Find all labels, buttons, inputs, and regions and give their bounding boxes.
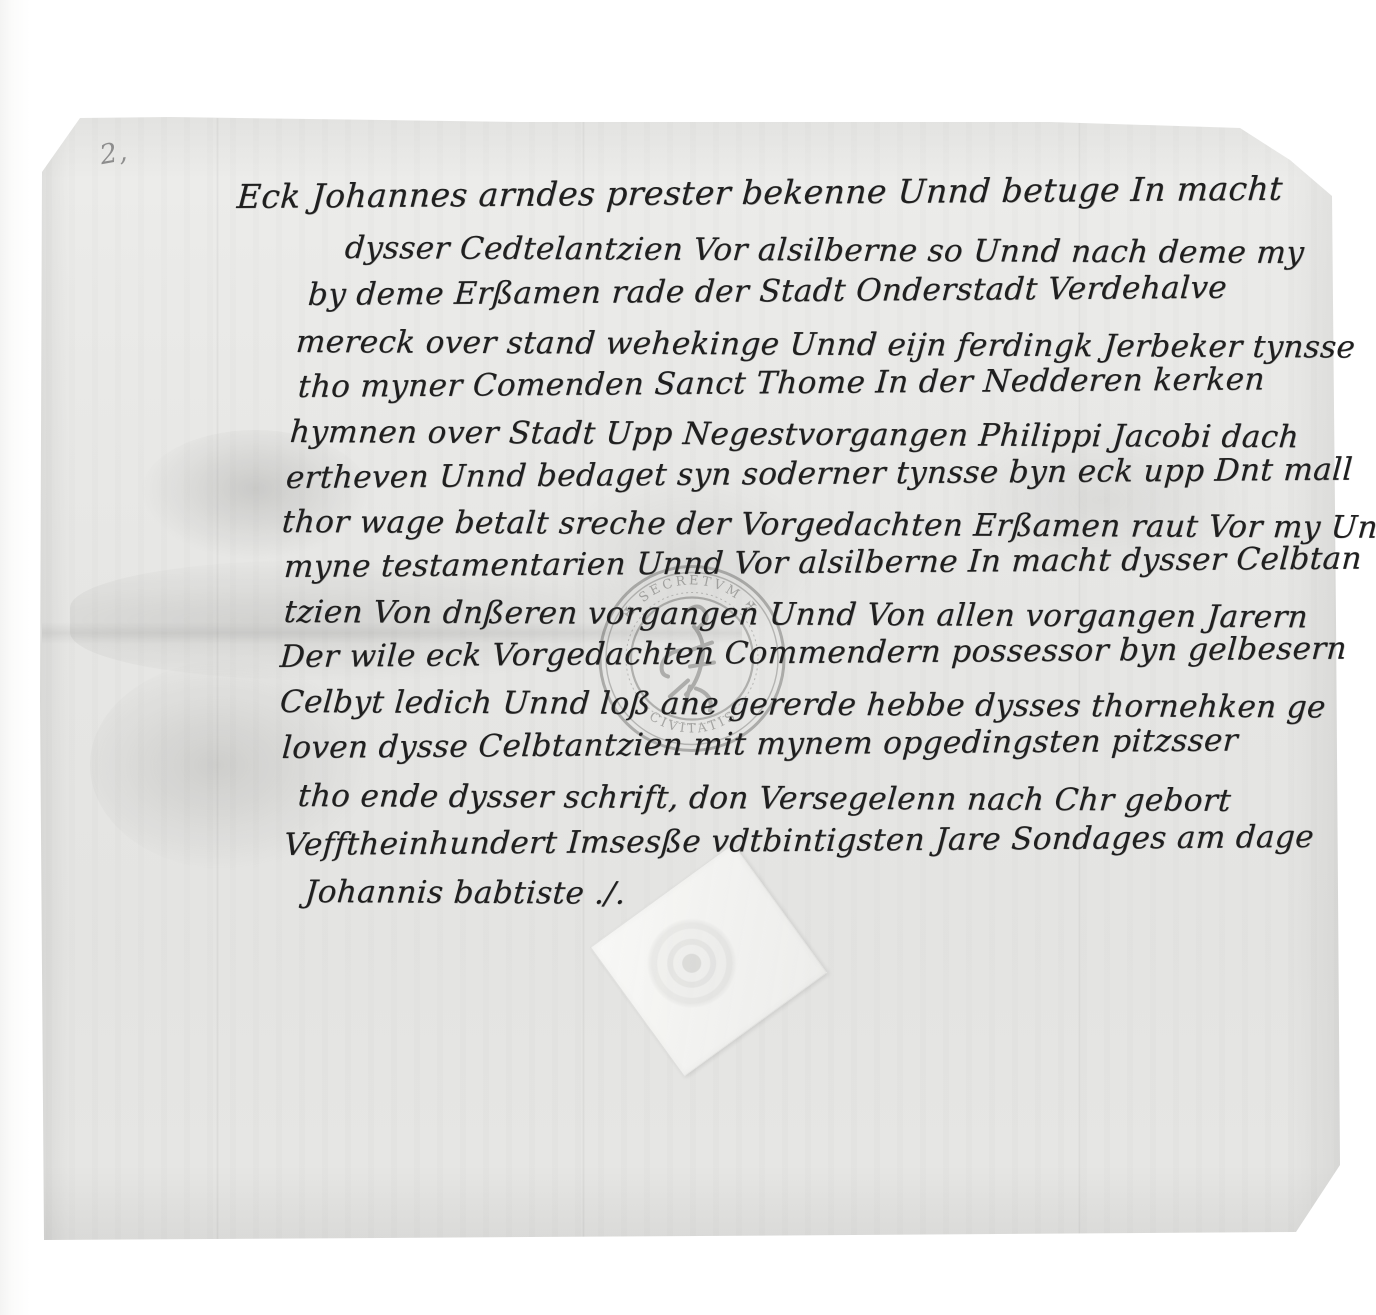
fold-crease-horizontal bbox=[42, 622, 742, 644]
water-stain bbox=[140, 430, 370, 560]
papered-wax-seal bbox=[590, 843, 827, 1076]
scanner-background-strip bbox=[0, 0, 30, 1315]
seal-impression-circle bbox=[624, 897, 766, 1040]
scanned-manuscript-page: { "document": { "archival_number": "2,",… bbox=[0, 0, 1376, 1315]
water-stain bbox=[70, 560, 690, 680]
archival-number-pencil: 2, bbox=[98, 136, 131, 171]
seal-legend-bottom: CIVITATIS bbox=[646, 708, 740, 737]
water-stain bbox=[950, 420, 1250, 580]
rampant-lion-icon bbox=[662, 607, 714, 711]
water-stain bbox=[90, 660, 370, 870]
manuscript-sheet: 2, ✠ SECRETVM ✠ CIVITATIS bbox=[0, 0, 1376, 1315]
fold-crease-vertical bbox=[216, 118, 219, 1240]
fold-crease-vertical bbox=[1078, 118, 1081, 1240]
seal-legend-top: ✠ SECRETVM ✠ bbox=[621, 573, 762, 621]
water-stain bbox=[560, 470, 820, 650]
fold-crease-vertical bbox=[582, 118, 585, 1240]
city-seal-stamp: ✠ SECRETVM ✠ CIVITATIS bbox=[592, 556, 792, 761]
